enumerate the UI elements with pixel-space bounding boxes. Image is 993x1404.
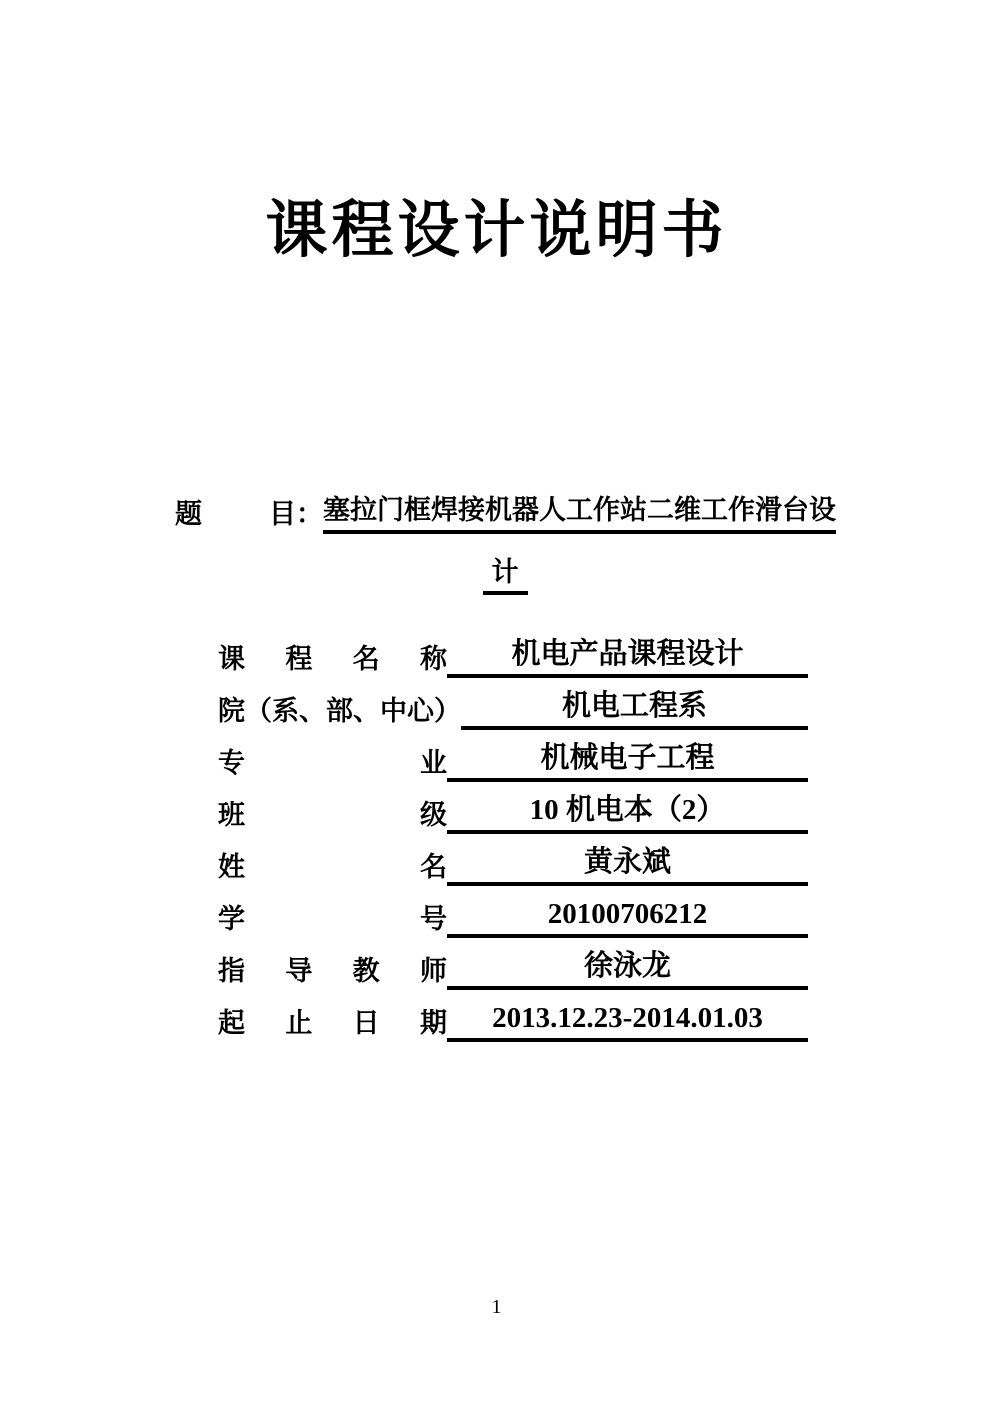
field-value: 20100706212 — [548, 898, 708, 930]
form-row: 院（系、部、中心） 机电工程系 — [218, 678, 808, 730]
document-page: 课程设计说明书 题 目： 塞拉门框焊接机器人工作站二维工作滑台设 计 课程名称 … — [0, 0, 993, 1404]
document-title: 课程设计说明书 — [0, 196, 993, 267]
field-label: 班级 — [218, 800, 447, 834]
field-value: 黄永斌 — [584, 846, 671, 878]
form-row: 指导教师 徐泳龙 — [218, 938, 808, 990]
field-underline: 黄永斌 — [447, 846, 808, 886]
page-footer: 1 — [0, 1296, 993, 1319]
field-label: 姓名 — [218, 852, 447, 886]
form-row: 起止日期 2013.12.23-2014.01.03 — [218, 990, 808, 1042]
field-value: 2013.12.23-2014.01.03 — [492, 1002, 763, 1034]
field-value: 机电工程系 — [562, 690, 707, 722]
field-underline: 10 机电本（2） — [447, 794, 808, 834]
field-label: 学号 — [218, 904, 447, 938]
form-row: 班级 10 机电本（2） — [218, 782, 808, 834]
form-fields: 课程名称 机电产品课程设计 院（系、部、中心） 机电工程系 专业 机械电子工程 … — [218, 626, 808, 1042]
page-number: 1 — [492, 1296, 502, 1318]
field-label: 起止日期 — [218, 1008, 447, 1042]
field-underline: 机电工程系 — [461, 690, 808, 730]
topic-line-2: 计 — [175, 556, 835, 594]
field-value: 机电产品课程设计 — [511, 638, 743, 670]
field-underline: 机电产品课程设计 — [447, 638, 808, 678]
field-label: 专业 — [218, 748, 447, 782]
field-underline: 20100706212 — [447, 898, 808, 938]
field-value: 10 机电本（2） — [530, 794, 726, 826]
field-label: 院（系、部、中心） — [218, 696, 461, 730]
field-value: 徐泳龙 — [584, 950, 671, 982]
topic-label-char-1: 题 — [175, 498, 202, 530]
topic-section: 题 目： 塞拉门框焊接机器人工作站二维工作滑台设 计 — [175, 494, 835, 595]
field-value: 机械电子工程 — [540, 742, 714, 774]
form-row: 专业 机械电子工程 — [218, 730, 808, 782]
field-underline: 2013.12.23-2014.01.03 — [447, 1002, 808, 1042]
form-row: 学号 20100706212 — [218, 886, 808, 938]
field-label: 指导教师 — [218, 956, 447, 990]
topic-label: 题 目： — [175, 498, 323, 534]
field-underline: 机械电子工程 — [447, 742, 808, 782]
topic-label-char-2: 目： — [269, 498, 323, 530]
topic-value-line-2: 计 — [483, 556, 528, 594]
field-underline: 徐泳龙 — [447, 950, 808, 990]
topic-line-1: 题 目： 塞拉门框焊接机器人工作站二维工作滑台设 — [175, 494, 835, 534]
field-label: 课程名称 — [218, 644, 447, 678]
form-row: 姓名 黄永斌 — [218, 834, 808, 886]
form-row: 课程名称 机电产品课程设计 — [218, 626, 808, 678]
topic-value-line-1: 塞拉门框焊接机器人工作站二维工作滑台设 — [323, 494, 836, 534]
